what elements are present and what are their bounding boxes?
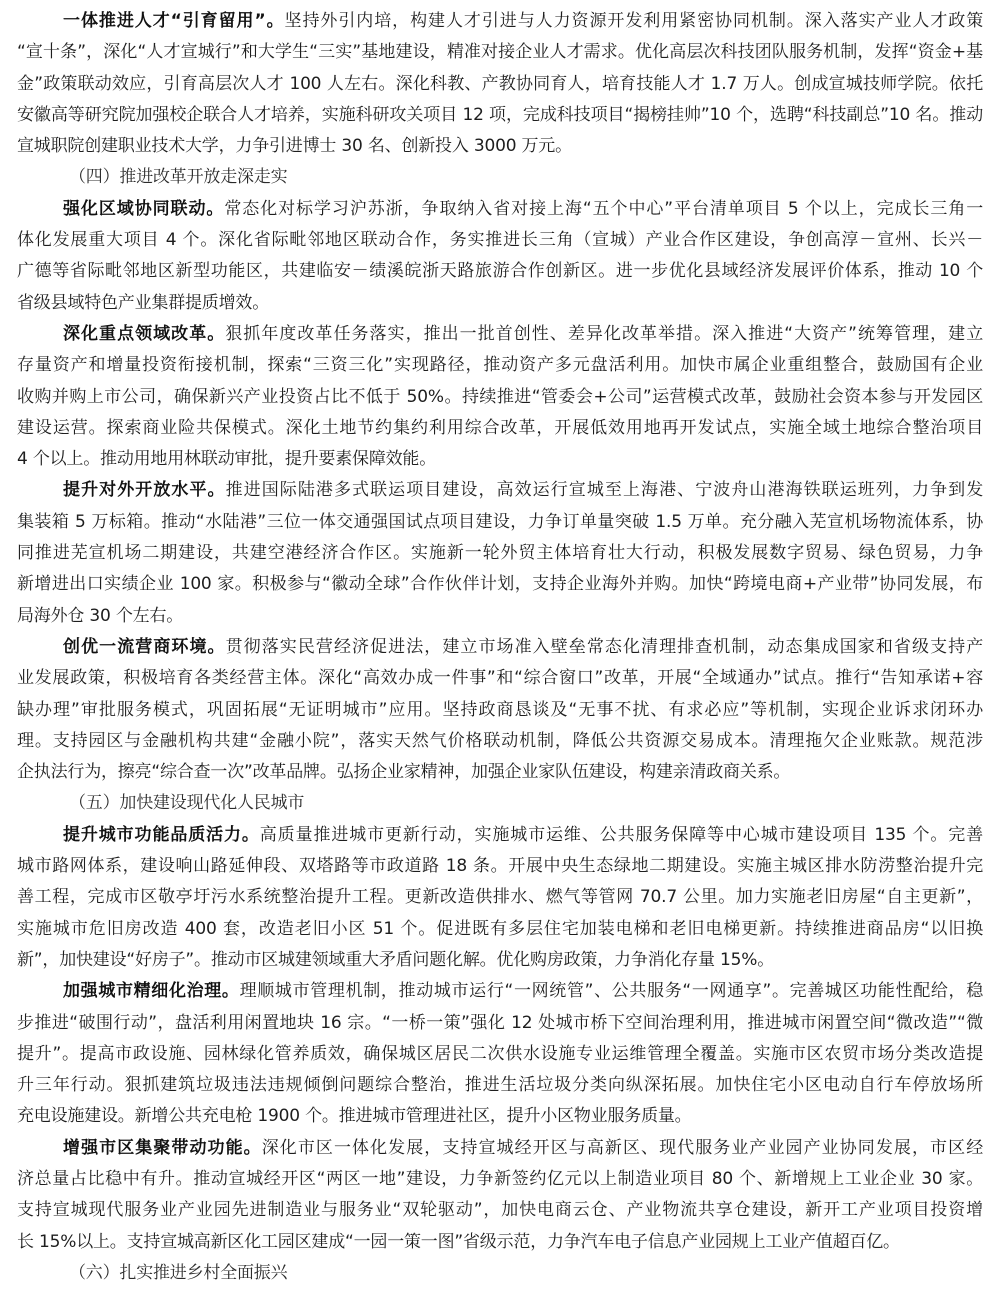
paragraph-line: 强化区域协同联动。常态化对标学习沪苏浙，争取纳入省对接上海“五个中心”平台清单项… (17, 194, 983, 225)
paragraph-line: 同推进芜宣机场二期建设，共建空港经济合作区。实施新一轮外贸主体培育壮大行动，积极… (17, 538, 983, 569)
paragraph-line: 理。支持园区与金融机构共建“金融小院”，落实天然气价格联动机制，降低公共资源交易… (17, 726, 983, 757)
paragraph-text: 坚持外引内培，构建人才引进与人力资源开发利用紧密协同机制。深入落实产业人才政策 (285, 11, 983, 31)
paragraph-line: 充电设施建设。新增公共充电枪 1900 个。推进城市管理进社区，提升小区物业服务… (17, 1101, 983, 1132)
paragraph-line: 省级县域特色产业集群提质增效。 (17, 288, 983, 319)
paragraph-line: 善工程，完成市区敬亭圩污水系统整治提升工程。更新改造供排水、燃气等管网 70.7… (17, 882, 983, 913)
paragraph-line: 局海外仓 30 个左右。 (17, 601, 983, 632)
section-heading-rural-revitalization: （六）扎实推进乡村全面振兴 (17, 1258, 983, 1289)
paragraph-lead: 创优一流营商环境。 (63, 637, 226, 657)
paragraph-line: 一体推进人才“引育留用”。坚持外引内培，构建人才引进与人力资源开发利用紧密协同机… (17, 6, 983, 37)
paragraph-line: 步推进“破围行动”，盘活利用闲置地块 16 宗。“一桥一策”强化 12 处城市桥… (17, 1008, 983, 1039)
paragraph-line: 安徽高等研究院加强校企联合人才培养，实施科研攻关项目 12 项，完成科技项目“揭… (17, 100, 983, 131)
paragraph-line: “宣十条”，深化“人才宣城行”和大学生“三实”基地建设，精准对接企业人才需求。优… (17, 37, 983, 68)
paragraph-line: 支持宣城现代服务业产业园先进制造业与服务业“双轮驱动”，加快电商云仓、产业物流共… (17, 1195, 983, 1226)
paragraph-key-reforms: 深化重点领域改革。狠抓年度改革任务落实，推出一批首创性、差异化改革举措。深入推进… (17, 319, 983, 475)
paragraph-line: 新增进出口实绩企业 100 家。积极参与“徽动全球”合作伙伴计划，支持企业海外并… (17, 569, 983, 600)
paragraph-line: 体化发展重大项目 4 个。深化省际毗邻地区联动合作，务实推进长三角（宣城）产业合… (17, 225, 983, 256)
section-heading-modern-city: （五）加快建设现代化人民城市 (17, 788, 983, 819)
paragraph-city-governance: 加强城市精细化治理。理顺城市管理机制，推动城市运行“一网统管”、公共服务“一网通… (17, 976, 983, 1132)
paragraph-line: 4 个以上。推动用地用林联动审批，提升要素保障效能。 (17, 444, 983, 475)
paragraph-line: 创优一流营商环境。贯彻落实民营经济促进法，建立市场准入壁垒常态化清理排查机制，动… (17, 632, 983, 663)
paragraph-line: 集装箱 5 万标箱。推动“水陆港”三位一体交通强国试点项目建设，力争订单量突破 … (17, 507, 983, 538)
paragraph-city-function: 提升城市功能品质活力。高质量推进城市更新行动，实施城市运维、公共服务保障等中心城… (17, 820, 983, 976)
paragraph-business-environment: 创优一流营商环境。贯彻落实民营经济促进法，建立市场准入壁垒常态化清理排查机制，动… (17, 632, 983, 788)
paragraph-text: 狠抓年度改革任务落实，推出一批首创性、差异化改革举措。深入推进“大资产”统筹管理… (225, 324, 983, 344)
document-page: 一体推进人才“引育留用”。坚持外引内培，构建人才引进与人力资源开发利用紧密协同机… (0, 0, 1000, 1289)
paragraph-line: 缺办理”审批服务模式，巩固拓展“无证明城市”应用。坚持政商恳谈及“无事不扰、有求… (17, 695, 983, 726)
paragraph-line: 建设运营。探索商业险共保模式。深化土地节约集约利用综合改革，开展低效用地再开发试… (17, 413, 983, 444)
paragraph-line: 收购并购上市公司，确保新兴产业投资占比不低于 50%。持续推进“管委会+公司”运… (17, 382, 983, 413)
paragraph-line: 济总量占比稳中有升。推动宣城经开区“两区一地”建设，力争新签约亿元以上制造业项目… (17, 1164, 983, 1195)
paragraph-lead: 强化区域协同联动。 (63, 199, 224, 219)
section-heading-reform-opening: （四）推进改革开放走深走实 (17, 162, 983, 193)
paragraph-lead: 一体推进人才“引育留用”。 (63, 11, 285, 31)
paragraph-line: 企执法行为，擦亮“综合查一次”改革品牌。弘扬企业家精神，加强企业家队伍建设，构建… (17, 757, 983, 788)
paragraph-line: 金”政策联动效应，引育高层次人才 100 人左右。深化科教、产教协同育人，培育技… (17, 69, 983, 100)
paragraph-line: 实施城市危旧房改造 400 套，改造老旧小区 51 个。促进既有多层住宅加装电梯… (17, 914, 983, 945)
paragraph-lead: 增强市区集聚带动功能。 (63, 1138, 262, 1158)
paragraph-line: 升三年行动。狠抓建筑垃圾违法违规倾倒问题综合整治，推进生活垃圾分类向纵深拓展。加… (17, 1070, 983, 1101)
paragraph-lead: 提升城市功能品质活力。 (63, 825, 260, 845)
paragraph-opening-up: 提升对外开放水平。推进国际陆港多式联运项目建设，高效运行宣城至上海港、宁波舟山港… (17, 475, 983, 631)
paragraph-text: 理顺城市管理机制，推动城市运行“一网统管”、公共服务“一网通享”。完善城区功能性… (240, 981, 983, 1001)
paragraph-regional-coordination: 强化区域协同联动。常态化对标学习沪苏浙，争取纳入省对接上海“五个中心”平台清单项… (17, 194, 983, 319)
paragraph-line: 加强城市精细化治理。理顺城市管理机制，推动城市运行“一网统管”、公共服务“一网通… (17, 976, 983, 1007)
paragraph-line: 深化重点领域改革。狠抓年度改革任务落实，推出一批首创性、差异化改革举措。深入推进… (17, 319, 983, 350)
paragraph-line: 提升对外开放水平。推进国际陆港多式联运项目建设，高效运行宣城至上海港、宁波舟山港… (17, 475, 983, 506)
paragraph-line: 长 15%以上。支持宣城高新区化工园区建成“一园一策一图”省级示范，力争汽车电子… (17, 1227, 983, 1258)
paragraph-talent-development: 一体推进人才“引育留用”。坚持外引内培，构建人才引进与人力资源开发利用紧密协同机… (17, 6, 983, 162)
paragraph-text: 贯彻落实民营经济促进法，建立市场准入壁垒常态化清理排查机制，动态集成国家和省级支… (226, 637, 983, 657)
paragraph-line: 存量资产和增量投资衔接机制，探索“三资三化”实现路径，推动资产多元盘活利用。加快… (17, 350, 983, 381)
paragraph-line: 增强市区集聚带动功能。深化市区一体化发展，支持宣城经开区与高新区、现代服务业产业… (17, 1133, 983, 1164)
paragraph-line: 提升城市功能品质活力。高质量推进城市更新行动，实施城市运维、公共服务保障等中心城… (17, 820, 983, 851)
paragraph-text: 常态化对标学习沪苏浙，争取纳入省对接上海“五个中心”平台清单项目 5 个以上，完… (224, 199, 983, 219)
paragraph-lead: 深化重点领域改革。 (63, 324, 225, 344)
paragraph-text: 推进国际陆港多式联运项目建设，高效运行宣城至上海港、宁波舟山港海铁联运班列，力争… (226, 480, 983, 500)
paragraph-line: 提升”。提高市政设施、园林绿化管养质效，确保城区居民二次供水设施专业运维管理全覆… (17, 1039, 983, 1070)
paragraph-line: 城市路网体系，建设响山路延伸段、双塔路等市政道路 18 条。开展中央生态绿地二期… (17, 851, 983, 882)
paragraph-text: 高质量推进城市更新行动，实施城市运维、公共服务保障等中心城市建设项目 135 个… (260, 825, 983, 845)
paragraph-line: 新”，加快建设“好房子”。推动市区城建领域重大矛盾问题化解。优化购房政策，力争消… (17, 945, 983, 976)
paragraph-lead: 提升对外开放水平。 (63, 480, 226, 500)
paragraph-line: 广德等省际毗邻地区新型功能区，共建临安－绩溪皖浙天路旅游合作创新区。进一步优化县… (17, 256, 983, 287)
paragraph-urban-agglomeration: 增强市区集聚带动功能。深化市区一体化发展，支持宣城经开区与高新区、现代服务业产业… (17, 1133, 983, 1258)
paragraph-line: 宣城职院创建职业技术大学，力争引进博士 30 名、创新投入 3000 万元。 (17, 131, 983, 162)
paragraph-line: 业发展政策，积极培育各类经营主体。深化“高效办成一件事”和“综合窗口”改革，开展… (17, 663, 983, 694)
paragraph-lead: 加强城市精细化治理。 (63, 981, 240, 1001)
paragraph-text: 深化市区一体化发展，支持宣城经开区与高新区、现代服务业产业园产业协同发展，市区经 (262, 1138, 983, 1158)
